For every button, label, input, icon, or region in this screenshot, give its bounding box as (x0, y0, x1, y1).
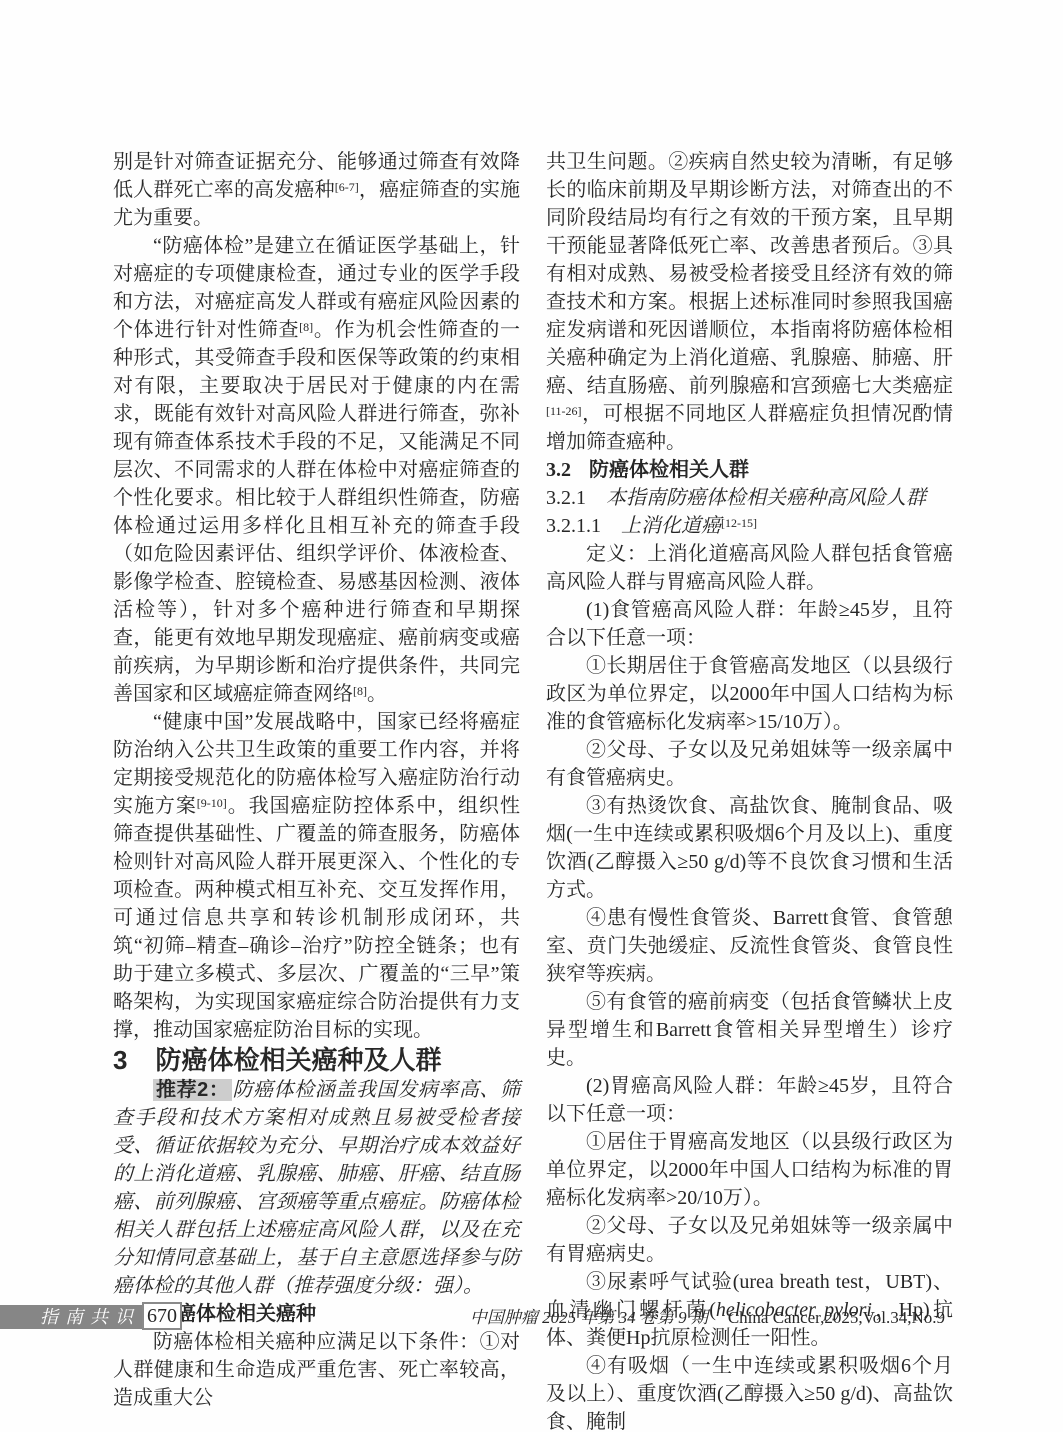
citation-ref: [8] (353, 684, 367, 698)
page-number-text: 670 (147, 1305, 177, 1327)
journal-title-english: China Cancer,2025,Vol.34,No.9 (728, 1308, 945, 1327)
journal-page: 别是针对筛查证据充分、能够通过筛查有效降低人群死亡率的高发癌种[6-7]，癌症筛… (0, 0, 1063, 1432)
page-number: 670 (142, 1302, 182, 1330)
list-item: ②父母、子女以及兄弟姐妹等一级亲属中有食管癌病史。 (546, 736, 953, 792)
list-item: ①长期居住于食管癌高发地区（以县级行政区为单位界定，以2000年中国人口结构为标… (546, 652, 953, 736)
list-item: ④患有慢性食管炎、Barrett食管、食管憩室、贲门失弛缓症、反流性食管炎、食管… (546, 904, 953, 988)
left-column: 别是针对筛查证据充分、能够通过筛查有效降低人群死亡率的高发癌种[6-7]，癌症筛… (113, 148, 520, 1412)
paragraph: 共卫生问题。②疾病自然史较为清晰，有足够长的临床前期及早期诊断方法，对筛查出的不… (546, 148, 953, 456)
paragraph-text: 共卫生问题。②疾病自然史较为清晰，有足够长的临床前期及早期诊断方法，对筛查出的不… (546, 151, 953, 397)
section-title: 本指南防癌体检相关癌种高风险人群 (606, 487, 926, 509)
section-heading-3-2-1-1: 3.2.1.1上消化道癌[12-15] (546, 512, 953, 540)
recommendation-2: 推荐2：防癌体检涵盖我国发病率高、筛查手段和技术方案相对成熟且易被受检者接受、循… (113, 1076, 520, 1300)
paragraph: “防癌体检”是建立在循证医学基础上，针对癌症的专项健康检查，通过专业的医学手段和… (113, 232, 520, 708)
section-heading-3-2: 3.2防癌体检相关人群 (546, 456, 953, 484)
list-item: ②父母、子女以及兄弟姐妹等一级亲属中有胃癌病史。 (546, 1212, 953, 1268)
footer-journal-info: 中国肿瘤 2025 年第 34 卷第 9 期China Cancer,2025,… (470, 1306, 945, 1330)
citation-ref: [9-10] (197, 796, 227, 810)
list-item: ④有吸烟（一生中连续或累积吸烟6个月及以上）、重度饮酒(乙醇摄入≥50 g/d)… (546, 1352, 953, 1432)
paragraph: (2)胃癌高风险人群：年龄≥45岁，且符合以下任意一项： (546, 1072, 953, 1128)
paragraph-text: ⑤有食管的癌前病变（包括食管鳞状上皮异型增生和Barrett食管相关异型增生）诊… (546, 991, 953, 1069)
recommendation-label: 推荐2： (153, 1079, 232, 1101)
citation-ref: [6-7] (335, 180, 359, 194)
journal-title-chinese: 中国肿瘤 2025 年第 34 卷第 9 期 (470, 1308, 708, 1327)
section-title: 上消化道癌 (621, 515, 721, 537)
paragraph-text: ②父母、子女以及兄弟姐妹等一级亲属中有胃癌病史。 (546, 1215, 953, 1265)
section-heading-3-2-1: 3.2.1本指南防癌体检相关癌种高风险人群 (546, 484, 953, 512)
citation-ref: [12-15] (721, 516, 757, 530)
paragraph-text: (2)胃癌高风险人群：年龄≥45岁，且符合以下任意一项： (546, 1075, 953, 1125)
section-title: 防癌体检相关癌种及人群 (155, 1045, 441, 1075)
paragraph-text: ，可根据不同地区人群癌症负担情况酌情增加筛查癌种。 (546, 403, 953, 453)
section-number: 3.2.1 (546, 487, 586, 509)
right-column: 共卫生问题。②疾病自然史较为清晰，有足够长的临床前期及早期诊断方法，对筛查出的不… (546, 148, 953, 1432)
paragraph-text: ②父母、子女以及兄弟姐妹等一级亲属中有食管癌病史。 (546, 739, 953, 789)
recommendation-text: 防癌体检涵盖我国发病率高、筛查手段和技术方案相对成熟且易被受检者接受、循证依据较… (113, 1079, 520, 1297)
paragraph: 防癌体检相关癌种应满足以下条件：①对人群健康和生命造成严重危害、死亡率较高，造成… (113, 1328, 520, 1412)
paragraph: “健康中国”发展战略中，国家已经将癌症防治纳入公共卫生政策的重要工作内容，并将定… (113, 708, 520, 1044)
footer-section-label-text: 指南共识 (40, 1307, 140, 1327)
paragraph-text: 。我国癌症防控体系中，组织性筛查提供基础性、广覆盖的筛查服务，防癌体检则针对高风… (113, 795, 520, 1041)
list-item: ⑤有食管的癌前病变（包括食管鳞状上皮异型增生和Barrett食管相关异型增生）诊… (546, 988, 953, 1072)
paragraph-text: ③有热烫饮食、高盐饮食、腌制食品、吸烟(一生中连续或累积吸烟6个月及以上)、重度… (546, 795, 953, 901)
footer-section-label: 指南共识 (0, 1305, 142, 1329)
paragraph: 别是针对筛查证据充分、能够通过筛查有效降低人群死亡率的高发癌种[6-7]，癌症筛… (113, 148, 520, 232)
paragraph-text: ④患有慢性食管炎、Barrett食管、食管憩室、贲门失弛缓症、反流性食管炎、食管… (546, 907, 953, 985)
paragraph-text: ①居住于胃癌高发地区（以县级行政区为单位界定，以2000年中国人口结构为标准的胃… (546, 1131, 953, 1209)
paragraph: 定义：上消化道癌高风险人群包括食管癌高风险人群与胃癌高风险人群。 (546, 540, 953, 596)
section-number: 3.2 (546, 459, 571, 481)
section-heading-3: 3防癌体检相关癌种及人群 (113, 1044, 520, 1076)
paragraph-text: 定义：上消化道癌高风险人群包括食管癌高风险人群与胃癌高风险人群。 (546, 543, 953, 593)
list-item: ③有热烫饮食、高盐饮食、腌制食品、吸烟(一生中连续或累积吸烟6个月及以上)、重度… (546, 792, 953, 904)
section-title: 防癌体检相关人群 (589, 459, 749, 481)
paragraph-text: 。作为机会性筛查的一种形式，其受筛查手段和医保等政策的约束相对有限，主要取决于居… (113, 319, 520, 705)
paragraph-text: 防癌体检相关癌种应满足以下条件：①对人群健康和生命造成严重危害、死亡率较高，造成… (113, 1331, 520, 1409)
paragraph-text: (1)食管癌高风险人群：年龄≥45岁，且符合以下任意一项： (546, 599, 953, 649)
citation-ref: [11-26] (546, 404, 582, 418)
section-number: 3 (113, 1045, 127, 1075)
paragraph-text: ①长期居住于食管癌高发地区（以县级行政区为单位界定，以2000年中国人口结构为标… (546, 655, 953, 733)
paragraph-text: ④有吸烟（一生中连续或累积吸烟6个月及以上）、重度饮酒(乙醇摄入≥50 g/d)… (546, 1355, 953, 1432)
citation-ref: [8] (299, 320, 313, 334)
section-number: 3.2.1.1 (546, 515, 601, 537)
paragraph: (1)食管癌高风险人群：年龄≥45岁，且符合以下任意一项： (546, 596, 953, 652)
list-item: ①居住于胃癌高发地区（以县级行政区为单位界定，以2000年中国人口结构为标准的胃… (546, 1128, 953, 1212)
paragraph-text: 。 (367, 683, 387, 705)
